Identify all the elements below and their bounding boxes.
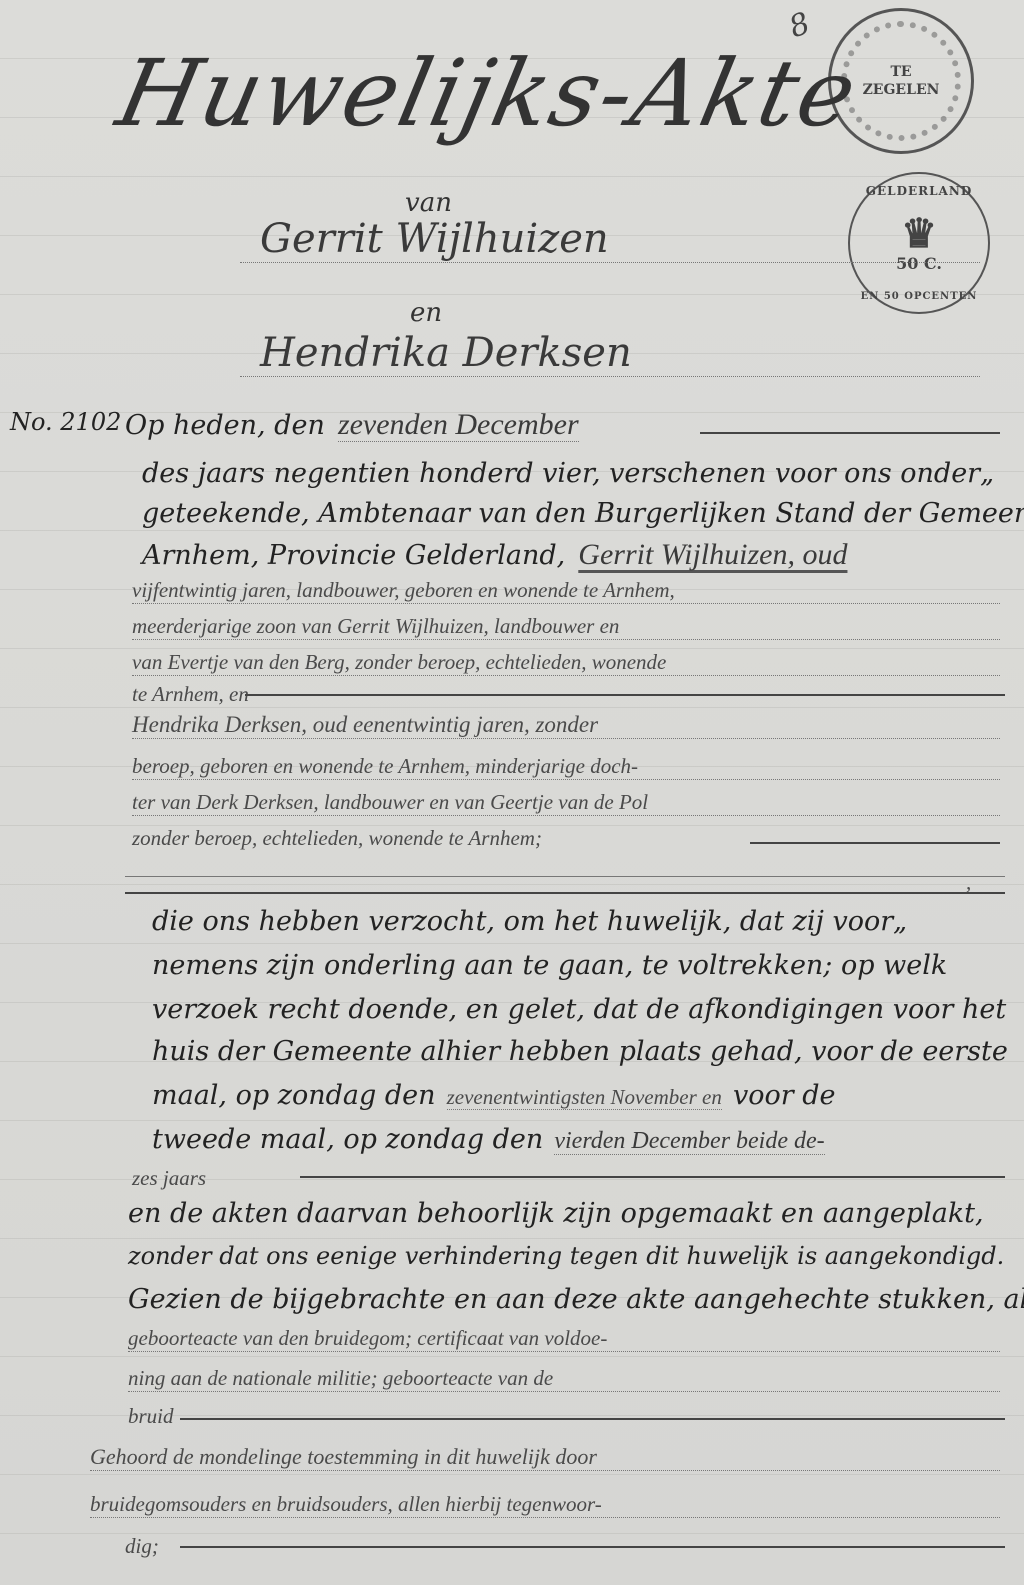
fill-rule <box>245 694 1005 696</box>
text-line-0: Op heden, den zevenden December <box>125 408 1005 442</box>
text-line-7: te Arnhem, en <box>132 682 249 707</box>
text-line-23: Gezien de bijgebrachte en aan deze akte … <box>128 1284 1024 1315</box>
stamp-bottom-text: EN 50 OPCENTEN <box>861 291 978 302</box>
text-line-9: beroep, geboren en wonende te Arnhem, mi… <box>132 754 1000 780</box>
text-line-18: maal, op zondag den zevenentwintigsten N… <box>152 1080 835 1111</box>
text-line-16: verzoek recht doende, en gelet, dat de a… <box>152 994 1006 1025</box>
printed-text: maal, op zondag den <box>152 1080 436 1111</box>
second-announcement-date: vierden December beide de- <box>554 1128 824 1155</box>
text-line-10: ter van Derk Derksen, landbouwer en van … <box>132 790 1000 816</box>
text-line-15: nemens zijn onderling aan te gaan, te vo… <box>152 950 947 981</box>
fill-rule <box>180 1418 1005 1420</box>
stamp-top-text: GELDERLAND <box>866 184 972 198</box>
text-line-5: meerderjarige zoon van Gerrit Wijlhuizen… <box>132 614 1000 640</box>
groom-name-handwritten: Gerrit Wijlhuizen, oud <box>578 538 847 571</box>
text-line-28: bruidegomsouders en bruidsouders, allen … <box>90 1492 1000 1518</box>
text-line-19: tweede maal, op zondag den vierden Decem… <box>152 1124 825 1155</box>
groom-name-heading: Gerrit Wijlhuizen <box>240 216 980 263</box>
record-number: No. 2102 <box>10 408 121 436</box>
text-line-2: geteekende, Ambtenaar van den Burgerlijk… <box>142 498 1024 529</box>
text-line-13: , <box>966 870 971 895</box>
text-line-21: en de akten daarvan behoorlijk zijn opge… <box>128 1198 984 1229</box>
text-line-3: Arnhem, Provincie Gelderland, Gerrit Wij… <box>142 538 847 572</box>
text-line-20: zes jaars <box>132 1166 206 1191</box>
van-label: van <box>405 188 452 218</box>
text-line-1: des jaars negentien honderd vier, versch… <box>142 458 994 489</box>
bride-name-heading: Hendrika Derksen <box>240 330 980 377</box>
text-line-14: die ons hebben verzocht, om het huwelijk… <box>152 906 907 937</box>
date-handwritten: zevenden December <box>338 408 579 442</box>
text-line-27: Gehoord de mondelinge toestemming in dit… <box>90 1444 1000 1471</box>
blank-rule <box>125 876 1005 877</box>
text-line-4: vijfentwintig jaren, landbouwer, geboren… <box>132 578 1000 604</box>
printed-text: voor de <box>733 1080 836 1111</box>
text-line-11: zonder beroep, echtelieden, wonende te A… <box>132 826 542 851</box>
fill-rule <box>180 1546 1005 1548</box>
text-line-6: van Evertje van den Berg, zonder beroep,… <box>132 650 1000 676</box>
fill-rule <box>700 432 1000 434</box>
printed-text: tweede maal, op zondag den <box>152 1124 543 1155</box>
text-line-22: zonder dat ons eenige verhindering tegen… <box>128 1242 1004 1270</box>
fill-rule <box>750 842 1000 844</box>
text-line-17: huis der Gemeente alhier hebben plaats g… <box>152 1036 1008 1067</box>
document-page: 8 TE ZEGELEN GELDERLAND ♛ 50 C. EN 50 OP… <box>0 0 1024 1585</box>
printed-text: Arnhem, Provincie Gelderland, <box>142 540 565 571</box>
blank-rule <box>125 892 1005 894</box>
document-title: Huwelijks-Akte <box>109 40 867 147</box>
text-line-8: Hendrika Derksen, oud eenentwintig jaren… <box>132 712 1000 739</box>
first-announcement-date: zevenentwintigsten November en <box>447 1085 722 1110</box>
fill-rule <box>300 1176 1005 1178</box>
wreath-icon <box>841 21 961 141</box>
text-line-26: bruid <box>128 1404 174 1429</box>
printed-text: Op heden, den <box>125 410 325 441</box>
text-line-25: ning aan de nationale militie; geboortea… <box>128 1366 1000 1392</box>
text-line-24: geboorteacte van den bruidegom; certific… <box>128 1326 1000 1352</box>
text-line-29: dig; <box>125 1534 159 1559</box>
en-label: en <box>410 298 442 328</box>
